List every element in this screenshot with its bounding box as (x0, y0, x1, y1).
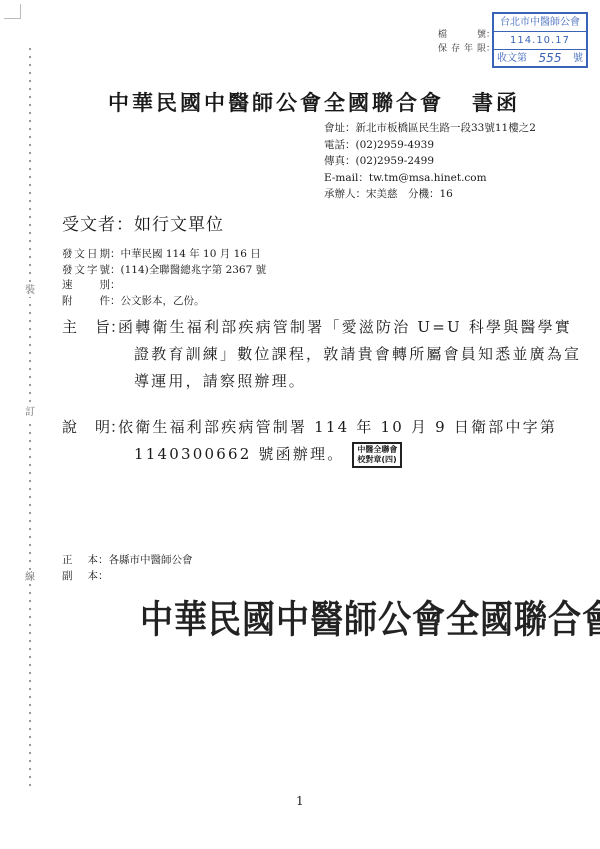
contact-block: 會址：新北市板橋區民生路一段33號11樓之2 電話：(02)2959-4939 … (324, 120, 536, 203)
subject-label: 主旨 (62, 314, 110, 341)
binding-label-ding: 訂 (24, 407, 36, 419)
received-stamp-prefix: 收文第 (497, 50, 527, 67)
copies-label: 正本 (62, 552, 98, 568)
meta-row-doc-number: 發文字號： (114)全聯醫總兆字第 2367 號 (62, 263, 266, 279)
meta-label: 發文字號 (62, 263, 110, 279)
page-number: 1 (296, 794, 304, 808)
description-label: 說明 (62, 414, 110, 441)
contact-handler: 承辦人：宋美慈 分機：16 (324, 186, 536, 203)
letter-title: 中華民國中醫師公會全國聯合會書函 (108, 87, 520, 117)
contact-email: E-mail：tw.tm@msa.hinet.com (324, 170, 536, 187)
description-line: 1140300662 號函辦理。 (134, 445, 344, 463)
proofreading-stamp: 中醫全聯會校對章(四) (352, 442, 402, 468)
received-stamp-number-row: 收文第 555 號 (494, 50, 586, 67)
received-stamp-org: 台北市中醫師公會 (494, 14, 586, 32)
meta-label: 速別 (62, 278, 110, 294)
org-name: 中華民國中醫師公會全國聯合會 (108, 91, 444, 115)
description-text: 依衛生福利部疾病管制署 114 年 10 月 9 日衛部中字第 11403006… (118, 414, 598, 468)
copies-row-cc: 副本： (62, 568, 193, 584)
archive-label: 檔號 (438, 28, 486, 42)
contact-fax: 傳真：(02)2959-2499 (324, 153, 536, 170)
doc-type: 書函 (472, 91, 520, 115)
copies-label: 副本 (62, 568, 98, 584)
archive-label: 保存年限 (438, 42, 486, 56)
subject-text: 函轉衛生福利部疾病管制署「愛滋防治 U=U 科學與醫學實 證教育訓練」數位課程，… (118, 314, 598, 395)
copies-block: 正本： 各縣市中醫師公會 副本： (62, 552, 193, 584)
meta-row-speed: 速別： (62, 278, 266, 294)
binding-label-xian: 線 (24, 572, 36, 584)
meta-value: 公文影本，乙份。 (121, 294, 205, 310)
received-stamp: 台北市中醫師公會 114.10.17 收文第 555 號 (492, 12, 588, 68)
received-stamp-suffix: 號 (573, 50, 583, 67)
archive-fields: 檔號： 保存年限： (438, 28, 495, 56)
archive-row-file-number: 檔號： (438, 28, 495, 42)
meta-value: 中華民國 114 年 10 月 16 日 (121, 247, 261, 263)
received-stamp-date: 114.10.17 (494, 32, 586, 50)
meta-label: 發文日期 (62, 247, 110, 263)
contact-phone: 電話：(02)2959-4939 (324, 137, 536, 154)
meta-value: (114)全聯醫總兆字第 2367 號 (121, 263, 267, 279)
dispatch-meta: 發文日期： 中華民國 114 年 10 月 16 日 發文字號： (114)全聯… (62, 247, 266, 309)
scan-corner-mark (4, 4, 21, 19)
subject-line: 函轉衛生福利部疾病管制署「愛滋防治 U=U 科學與醫學實 (118, 314, 598, 341)
meta-row-attachment: 附件： 公文影本，乙份。 (62, 294, 266, 310)
meta-label: 附件 (62, 294, 110, 310)
received-stamp-handwritten-number: 555 (539, 50, 562, 67)
subject-line: 證教育訓練」數位課程，敦請貴會轉所屬會員知悉並廣為宣 (118, 341, 598, 368)
copies-row-original: 正本： 各縣市中醫師公會 (62, 552, 193, 568)
recipient-line: 受文者：如行文單位 (62, 210, 224, 235)
description-line: 依衛生福利部疾病管制署 114 年 10 月 9 日衛部中字第 (118, 414, 598, 441)
organization-seal: 中華民國中醫師公會全國聯合會 (140, 590, 600, 644)
contact-address: 會址：新北市板橋區民生路一段33號11樓之2 (324, 120, 536, 137)
description-line-2: 1140300662 號函辦理。中醫全聯會校對章(四) (118, 441, 598, 468)
meta-row-date: 發文日期： 中華民國 114 年 10 月 16 日 (62, 247, 266, 263)
copies-value: 各縣市中醫師公會 (109, 552, 193, 568)
archive-row-retention: 保存年限： (438, 42, 495, 56)
binding-label-zhuang: 裝 (24, 285, 36, 297)
subject-line: 導運用，請察照辦理。 (118, 368, 598, 395)
